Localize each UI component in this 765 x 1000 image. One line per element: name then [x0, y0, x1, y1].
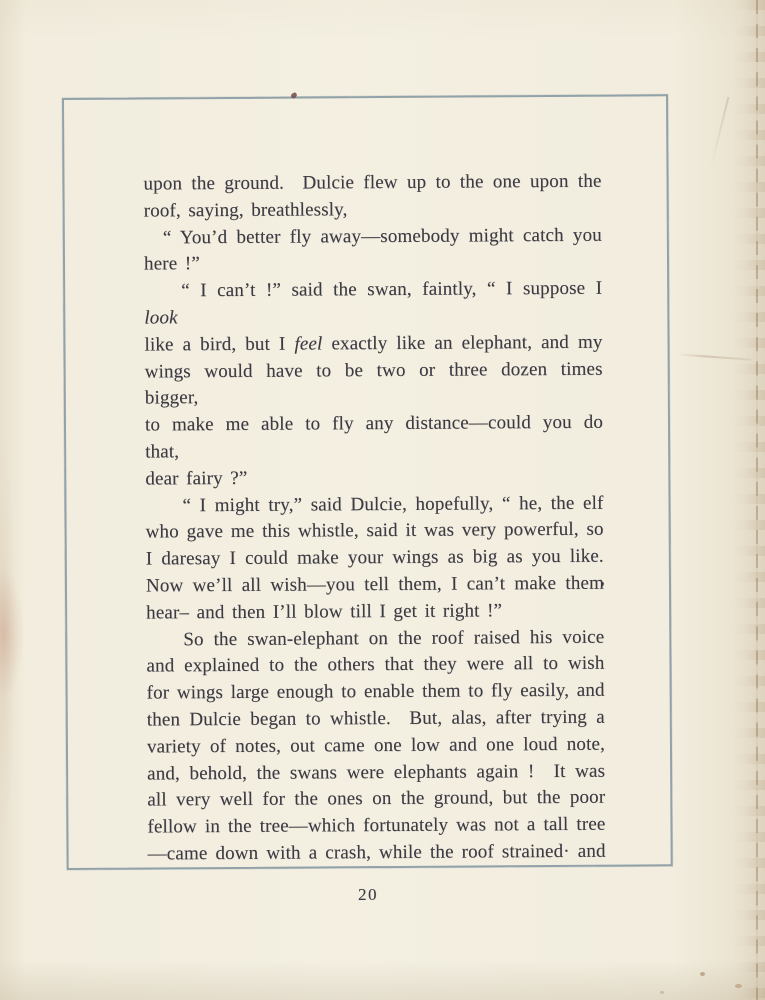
- page-edge-tear: [756, 0, 758, 1000]
- text-line: then Dulcie began to whistle. But, alas,…: [147, 705, 605, 735]
- stray-comma-artifact: ,: [600, 568, 605, 588]
- text-line: “ You’d better fly away—somebody might c…: [144, 222, 602, 252]
- text-line: here !”: [144, 249, 602, 279]
- text-line: “ I might try,” said Dulcie, hopefully, …: [145, 490, 603, 520]
- text-line: “ I can’t !” said the swan, faintly, “ I…: [144, 276, 602, 332]
- text-line: for wings large enough to enable them to…: [147, 678, 605, 708]
- text-line: dear fairy ?”: [145, 463, 603, 493]
- book-page-scan: upon the ground. Dulcie flew up to the o…: [0, 0, 765, 1000]
- text-line: Now we’ll all wish—you tell them, I can’…: [146, 571, 604, 601]
- paragraph: “ I might try,” said Dulcie, hopefully, …: [145, 490, 604, 627]
- text-block: upon the ground. Dulcie flew up to the o…: [143, 169, 605, 869]
- text-line: So the swan-elephant on the roof raised …: [146, 624, 604, 654]
- text-line: fellow in the tree—which fortunately was…: [147, 812, 605, 842]
- page-number: 20: [62, 885, 674, 905]
- page-frame-border: upon the ground. Dulcie flew up to the o…: [62, 94, 673, 870]
- text-line: variety of notes, out came one low and o…: [147, 731, 605, 761]
- text-line: I daresay I could make your wings as big…: [146, 544, 604, 574]
- text-line: hear– and then I’ll blow till I get it r…: [146, 597, 604, 627]
- text-line: wings would have to be two or three doze…: [145, 356, 603, 412]
- text-line: to make me able to fly any distance—coul…: [145, 410, 603, 466]
- text-line: —came down with a crash, while the roof …: [148, 839, 606, 869]
- text-line: upon the ground. Dulcie flew up to the o…: [143, 169, 601, 199]
- paper-crease: [711, 97, 730, 165]
- paragraph: “ I can’t !” said the swan, faintly, “ I…: [144, 276, 603, 493]
- text-line: roof, saying, breathlessly,: [144, 196, 602, 226]
- paragraph: So the swan-elephant on the roof raised …: [146, 624, 605, 868]
- paragraph: upon the ground. Dulcie flew up to the o…: [143, 169, 601, 225]
- text-line: and explained to the others that they we…: [146, 651, 604, 681]
- page-fore-edge: [731, 0, 765, 1000]
- text-line: all very well for the ones on the ground…: [147, 785, 605, 815]
- paper-stain: [0, 430, 16, 850]
- text-line: like a bird, but I feel exactly like an …: [144, 329, 602, 359]
- text-line: who gave me this whistle, said it was ve…: [146, 517, 604, 547]
- text-line: and, behold, the swans were elephants ag…: [147, 758, 605, 788]
- paragraph: “ You’d better fly away—somebody might c…: [144, 222, 602, 278]
